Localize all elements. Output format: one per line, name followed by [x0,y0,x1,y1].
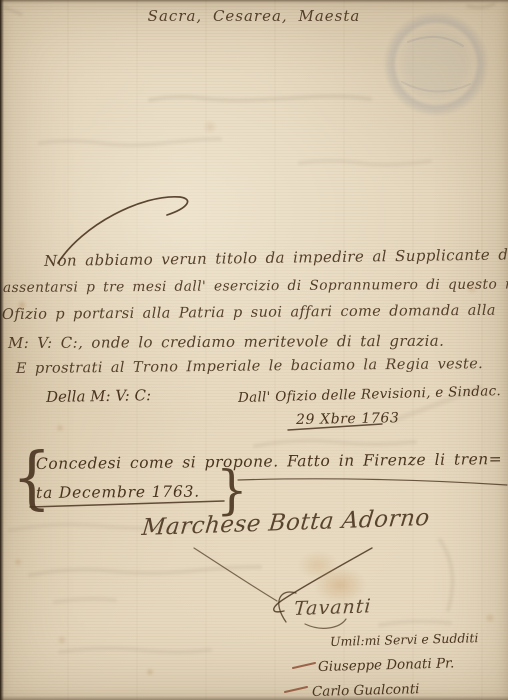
body-line: Ofizio p portarsi alla Patria p suoi aff… [2,303,496,323]
body-line: M: V: C:, onde lo crediamo meritevole di… [8,332,444,352]
office-line: Dall' Ofizio delle Revisioni, e Sindac. [238,383,501,406]
body-line: E prostrati al Trono Imperiale le baciam… [16,356,483,377]
subscription-title: Umil:mi Servi e Sudditi [330,630,479,649]
page-edge [0,0,508,3]
manuscript-page: Sacra, Cesarea, Maesta Non abbiamo verun… [0,0,508,700]
signature-tavanti: Tavanti [293,595,372,620]
red-dash [285,687,307,692]
decree-underline [30,501,224,507]
closing-formula: Della M: V: C: [46,386,151,406]
decree-rule [238,479,507,485]
signatory-name: Giuseppe Donati Pr. [318,655,455,675]
red-dash [293,663,315,668]
body-line: assentarsi p tre mesi dall' esercizio di… [3,276,508,296]
page-edge [0,0,4,700]
decree-line-1: Concedesi come si propone. Fatto in Fire… [36,450,502,473]
salutation: Sacra, Cesarea, Maesta [0,7,508,25]
body-line: Non abbiamo verun titolo da impedire al … [44,245,508,270]
signature-paraph [194,548,277,601]
imperial-ink-stamp [380,12,492,116]
decree-brace-open: { [12,437,51,517]
decree-line-2: ta Decembre 1763. [36,483,200,502]
page-edge [0,696,508,700]
tavanti-swash [305,619,346,628]
signature-botta-adorno: Marchese Botta Adorno [141,505,431,541]
date-line: 29 Xbre 1763 [296,410,400,428]
